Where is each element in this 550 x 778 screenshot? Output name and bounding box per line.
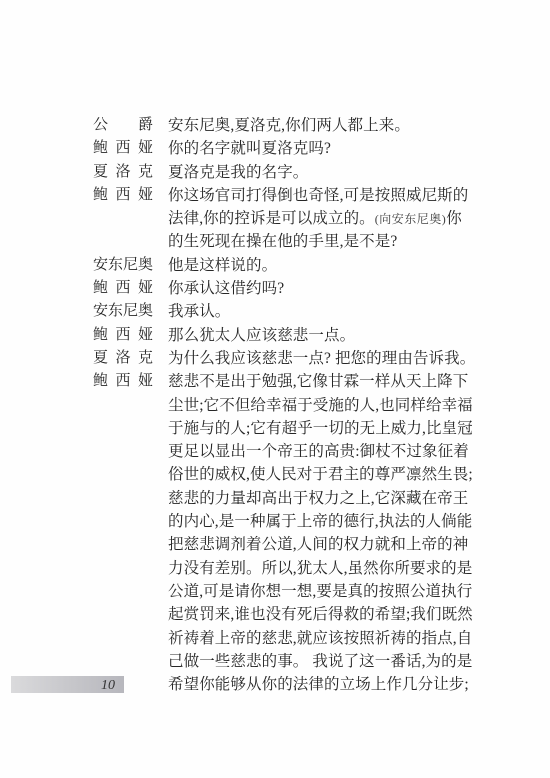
- speech-lines: 安东尼奥,夏洛克,你们两人都上来。: [168, 114, 475, 137]
- dialogue-text: 于施与的人;它有超乎一切的无上威力,比皇冠: [168, 420, 473, 437]
- dialogue-line: 法律,你的控诉是可以成立的。(向安东尼奥)你: [168, 207, 475, 230]
- dialogue-text: 祈祷着上帝的慈悲,就应该按照祈祷的指点,自: [168, 630, 472, 647]
- dialogue-text: 他是这样说的。: [168, 257, 277, 274]
- speech-lines: 慈悲不是出于勉强,它像甘霖一样从天上降下尘世;它不但给幸福于受施的人,也同样给幸…: [168, 370, 475, 696]
- dialogue-entry: 鲍西娅你这场官司打得倒也奇怪,可是按照威尼斯的法律,你的控诉是可以成立的。(向安…: [93, 184, 475, 254]
- dialogue-entry: 公爵安东尼奥,夏洛克,你们两人都上来。: [93, 114, 475, 137]
- dialogue-line: 的内心,是一种属于上帝的德行,执法的人倘能: [168, 510, 475, 533]
- speech-lines: 夏洛克是我的名字。: [168, 161, 475, 184]
- dialogue-entry: 安东尼奥我承认。: [93, 300, 475, 323]
- speech-lines: 你承认这借约吗?: [168, 277, 475, 300]
- stage-direction: (向安东尼奥): [375, 212, 447, 226]
- dialogue-line: 夏洛克是我的名字。: [168, 161, 475, 184]
- speaker-name: 安东尼奥: [93, 254, 153, 277]
- dialogue-text: 你这场官司打得倒也奇怪,可是按照威尼斯的: [168, 187, 468, 204]
- dialogue-line: 祈祷着上帝的慈悲,就应该按照祈祷的指点,自: [168, 627, 475, 650]
- dialogue-entry: 鲍西娅你承认这借约吗?: [93, 277, 475, 300]
- dialogue-text: 你: [446, 210, 462, 227]
- dialogue-text: 把慈悲调剂着公道,人间的权力就和上帝的神: [168, 536, 468, 553]
- dialogue-line: 把慈悲调剂着公道,人间的权力就和上帝的神: [168, 533, 475, 556]
- speech-lines: 他是这样说的。: [168, 254, 475, 277]
- speech-lines: 那么犹太人应该慈悲一点。: [168, 324, 475, 347]
- dialogue-line: 你的名字就叫夏洛克吗?: [168, 137, 475, 160]
- speaker-name: 鲍西娅: [93, 137, 153, 160]
- dialogue-line: 力没有差别。所以,犹太人,虽然你所要求的是: [168, 557, 475, 580]
- dialogue-text: 俗世的威权,使人民对于君主的尊严凛然生畏;: [168, 466, 473, 483]
- dialogue-text: 你承认这借约吗?: [168, 280, 284, 297]
- dialogue-line: 己做一些慈悲的事。 我说了这一番话,为的是: [168, 650, 475, 673]
- dialogue-entry: 夏洛克为什么我应该慈悲一点? 把您的理由告诉我。: [93, 347, 475, 370]
- dialogue-text: 你的名字就叫夏洛克吗?: [168, 140, 331, 157]
- dialogue-line: 安东尼奥,夏洛克,你们两人都上来。: [168, 114, 475, 137]
- dialogue-line: 为什么我应该慈悲一点? 把您的理由告诉我。: [168, 347, 475, 370]
- dialogue: 公爵安东尼奥,夏洛克,你们两人都上来。鲍西娅你的名字就叫夏洛克吗?夏洛克夏洛克是…: [93, 114, 475, 696]
- dialogue-line: 慈悲的力量却高出于权力之上,它深藏在帝王: [168, 487, 475, 510]
- dialogue-text: 我承认。: [168, 303, 230, 320]
- dialogue-text: 力没有差别。所以,犹太人,虽然你所要求的是: [168, 560, 472, 577]
- speech-lines: 你的名字就叫夏洛克吗?: [168, 137, 475, 160]
- dialogue-line: 俗世的威权,使人民对于君主的尊严凛然生畏;: [168, 463, 475, 486]
- dialogue-text: 法律,你的控诉是可以成立的。: [168, 210, 375, 227]
- dialogue-line: 他是这样说的。: [168, 254, 475, 277]
- dialogue-text: 起赏罚来,谁也没有死后得救的希望;我们既然: [168, 606, 473, 623]
- speaker-name: 鲍西娅: [93, 184, 153, 207]
- speaker-name: 夏洛克: [93, 161, 153, 184]
- dialogue-text: 夏洛克是我的名字。: [168, 164, 308, 181]
- dialogue-text: 慈悲不是出于勉强,它像甘霖一样从天上降下: [168, 373, 468, 390]
- dialogue-line: 我承认。: [168, 300, 475, 323]
- dialogue-text: 公道,可是请你想一想,要是真的按照公道执行: [168, 583, 472, 600]
- dialogue-text: 尘世;它不但给幸福于受施的人,也同样给幸福: [168, 397, 473, 414]
- dialogue-entry: 鲍西娅你的名字就叫夏洛克吗?: [93, 137, 475, 160]
- speaker-name: 鲍西娅: [93, 277, 153, 300]
- page-number: 10: [101, 678, 115, 693]
- dialogue-line: 起赏罚来,谁也没有死后得救的希望;我们既然: [168, 603, 475, 626]
- speaker-name: 公爵: [93, 114, 153, 137]
- dialogue-text: 己做一些慈悲的事。 我说了这一番话,为的是: [168, 653, 472, 670]
- dialogue-line: 你这场官司打得倒也奇怪,可是按照威尼斯的: [168, 184, 475, 207]
- speech-lines: 我承认。: [168, 300, 475, 323]
- dialogue-line: 尘世;它不但给幸福于受施的人,也同样给幸福: [168, 394, 475, 417]
- dialogue-line: 那么犹太人应该慈悲一点。: [168, 324, 475, 347]
- dialogue-line: 更足以显出一个帝王的高贵:御杖不过象征着: [168, 440, 475, 463]
- speaker-name: 鲍西娅: [93, 370, 153, 393]
- dialogue-line: 公道,可是请你想一想,要是真的按照公道执行: [168, 580, 475, 603]
- dialogue-text: 那么犹太人应该慈悲一点。: [168, 327, 355, 344]
- speech-lines: 你这场官司打得倒也奇怪,可是按照威尼斯的法律,你的控诉是可以成立的。(向安东尼奥…: [168, 184, 475, 254]
- dialogue-text: 希望你能够从你的法律的立场上作几分让步;: [168, 676, 469, 693]
- dialogue-entry: 安东尼奥他是这样说的。: [93, 254, 475, 277]
- dialogue-line: 于施与的人;它有超乎一切的无上威力,比皇冠: [168, 417, 475, 440]
- dialogue-text: 安东尼奥,夏洛克,你们两人都上来。: [168, 117, 410, 134]
- page-number-bar: 10: [11, 676, 124, 693]
- dialogue-text: 的生死现在操在他的手里,是不是?: [168, 233, 397, 250]
- dialogue-line: 慈悲不是出于勉强,它像甘霖一样从天上降下: [168, 370, 475, 393]
- speaker-name: 安东尼奥: [93, 300, 153, 323]
- dialogue-text: 的内心,是一种属于上帝的德行,执法的人倘能: [168, 513, 472, 530]
- dialogue-text: 更足以显出一个帝王的高贵:御杖不过象征着: [168, 443, 469, 460]
- dialogue-line: 希望你能够从你的法律的立场上作几分让步;: [168, 673, 475, 696]
- dialogue-text: 为什么我应该慈悲一点? 把您的理由告诉我。: [168, 350, 475, 367]
- dialogue-line: 你承认这借约吗?: [168, 277, 475, 300]
- dialogue-entry: 鲍西娅那么犹太人应该慈悲一点。: [93, 324, 475, 347]
- dialogue-entry: 夏洛克夏洛克是我的名字。: [93, 161, 475, 184]
- speaker-name: 夏洛克: [93, 347, 153, 370]
- dialogue-text: 慈悲的力量却高出于权力之上,它深藏在帝王: [168, 490, 468, 507]
- dialogue-entry: 鲍西娅慈悲不是出于勉强,它像甘霖一样从天上降下尘世;它不但给幸福于受施的人,也同…: [93, 370, 475, 696]
- speaker-name: 鲍西娅: [93, 324, 153, 347]
- dialogue-line: 的生死现在操在他的手里,是不是?: [168, 230, 475, 253]
- speech-lines: 为什么我应该慈悲一点? 把您的理由告诉我。: [168, 347, 475, 370]
